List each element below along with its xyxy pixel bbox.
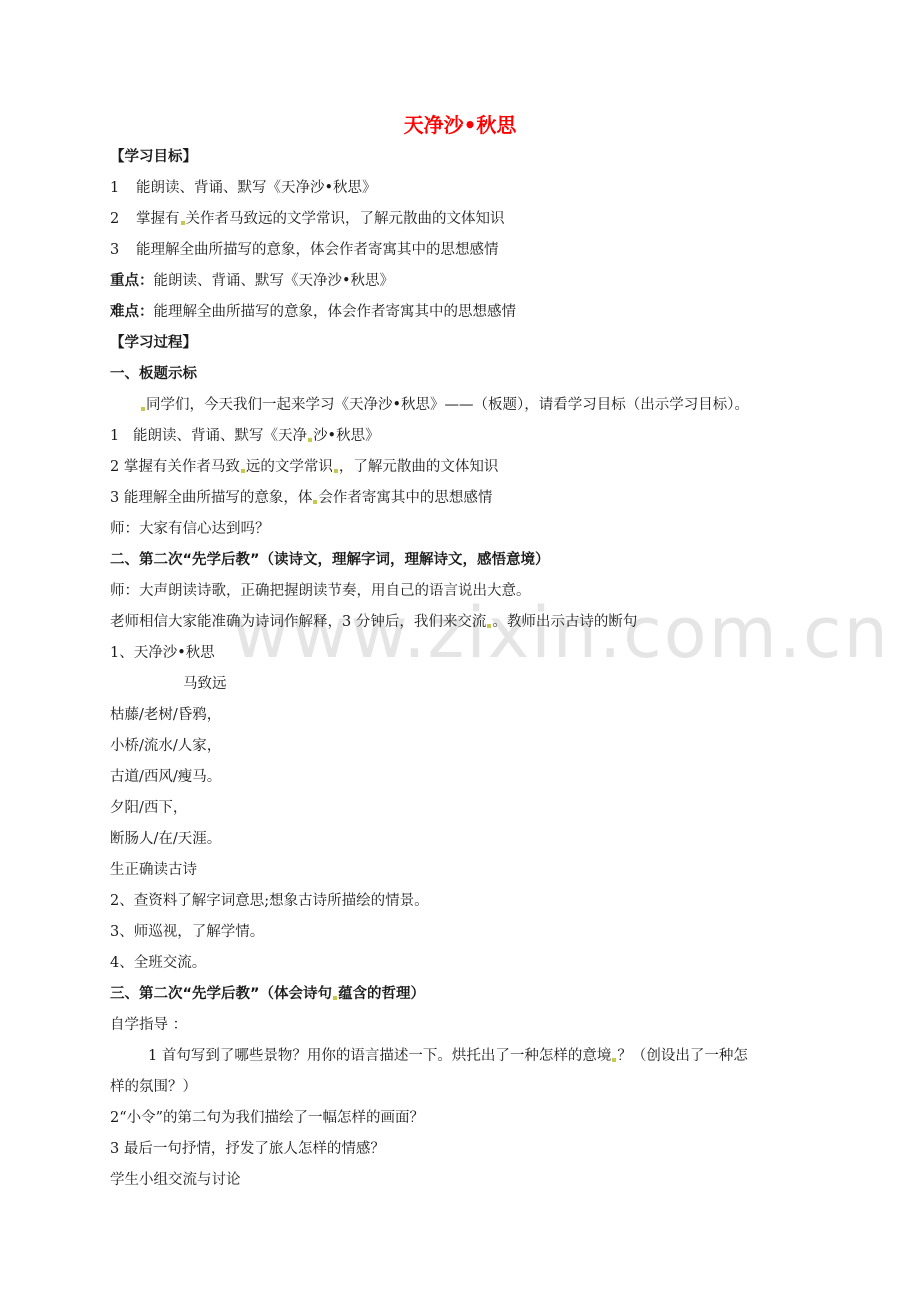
- section-1-item-3: 3 能理解全曲所描写的意象，体会作者寄寓其中的思想感情: [110, 488, 492, 508]
- item-text: 2 掌握有关作者马致: [110, 459, 240, 475]
- objective-3: 3能理解全曲所描写的意象，体会作者寄寓其中的思想感情: [110, 240, 499, 260]
- objective-number: 1: [110, 178, 136, 198]
- poem-line: 夕阳/西下，: [110, 798, 187, 818]
- revision-marker: [241, 469, 245, 473]
- objective-text: 掌握有: [136, 211, 180, 227]
- step-item: 2、查资料了解字词意思;想象古诗所描绘的情景。: [110, 891, 429, 911]
- guide-label: 自学指导 ：: [110, 1015, 187, 1035]
- revision-marker: [334, 469, 338, 473]
- revision-marker: [313, 500, 317, 504]
- revision-marker: [181, 221, 185, 225]
- section-1-item-2: 2 掌握有关作者马致远的文学常识，了解元散曲的文体知识: [110, 457, 498, 477]
- objective-2: 2掌握有关作者马致远的文学常识，了解元散曲的文体知识: [110, 209, 505, 229]
- difficulty-label: 难点：: [110, 304, 154, 320]
- question-1: 1 首句写到了哪些景物？用你的语言描述一下。烘托出了一种怎样的意境？（创设出了一…: [148, 1046, 748, 1066]
- revision-marker: [141, 407, 145, 411]
- item-text: 1 能朗读、背诵、默写《天净: [110, 428, 307, 444]
- revision-marker: [333, 996, 337, 1000]
- question-text: 1 首句写到了哪些景物？用你的语言描述一下。烘托出了一种怎样的意境: [148, 1048, 611, 1064]
- objective-number: 3: [110, 240, 136, 260]
- intro-text: 同学们，今天我们一起来学习《天净沙•秋思》——（板题），请看学习目标（出示学习目…: [146, 397, 749, 413]
- question-3: 3 最后一句抒情，抒发了旅人怎样的情感？: [110, 1139, 385, 1159]
- poem-line: 断肠人/在/天涯。: [110, 829, 221, 849]
- section-1-item-1: 1 能朗读、背诵、默写《天净沙•秋思》: [110, 426, 380, 446]
- key-point-text: 能朗读、背诵、默写《天净沙•秋思》: [154, 273, 395, 289]
- question-1-continued: 样的氛围？）: [110, 1077, 197, 1097]
- document-page: www.zixin.com.cn 天净沙•秋思 【学习目标】 1能朗读、背诵、默…: [0, 0, 920, 1302]
- group-discussion: 学生小组交流与讨论: [110, 1170, 241, 1190]
- item-text: 沙•秋思》: [313, 428, 380, 444]
- objective-text: 能理解全曲所描写的意象，体会作者寄寓其中的思想感情: [136, 242, 499, 258]
- key-point-label: 重点：: [110, 273, 154, 289]
- item-text: ，了解元散曲的文体知识: [339, 459, 499, 475]
- objective-number: 2: [110, 209, 136, 229]
- note-text: 老师相信大家能准确为诗词作解释，3 分钟后，我们来交流: [110, 614, 486, 630]
- section-1-intro: 同学们，今天我们一起来学习《天净沙•秋思》——（板题），请看学习目标（出示学习目…: [140, 395, 749, 415]
- teacher-note: 老师相信大家能准确为诗词作解释，3 分钟后，我们来交流。教师出示古诗的断句: [110, 612, 637, 632]
- difficulty: 难点：能理解全曲所描写的意象，体会作者寄寓其中的思想感情: [110, 302, 516, 322]
- objective-text: 能朗读、背诵、默写《天净沙•秋思》: [136, 180, 377, 196]
- step-item: 4、全班交流。: [110, 953, 206, 973]
- item-text: 3 能理解全曲所描写的意象，体: [110, 490, 312, 506]
- poem-line: 古道/西风/瘦马。: [110, 767, 221, 787]
- item-text: 远的文学常识: [246, 459, 333, 475]
- heading-text: 蕴含的哲理）: [338, 986, 425, 1002]
- note-text: 。教师出示古诗的断句: [492, 614, 637, 630]
- question-text: ？（创设出了一种怎: [617, 1048, 748, 1064]
- process-heading: 【学习过程】: [110, 333, 197, 353]
- key-point: 重点：能朗读、背诵、默写《天净沙•秋思》: [110, 271, 394, 291]
- poem-author: 马致远: [183, 674, 227, 694]
- section-1-heading: 一、板题示标: [110, 364, 197, 384]
- poem-title: 1、天净沙•秋思: [110, 643, 215, 663]
- objective-1: 1能朗读、背诵、默写《天净沙•秋思》: [110, 178, 377, 198]
- item-text: 会作者寄寓其中的思想感情: [318, 490, 492, 506]
- step-item: 3、师巡视，了解学情。: [110, 922, 264, 942]
- watermark: www.zixin.com.cn: [232, 598, 890, 668]
- question-2: 2“小令”的第二句为我们描绘了一幅怎样的画面？: [110, 1108, 424, 1128]
- section-3-heading: 三、第二次“先学后教”（体会诗句蕴含的哲理）: [110, 984, 425, 1004]
- teacher-instruction: 师：大声朗读诗歌，正确把握朗读节奏，用自己的语言说出大意。: [110, 581, 531, 601]
- poem-line: 枯藤/老树/昏鸦，: [110, 705, 221, 725]
- document-title: 天净沙•秋思: [0, 112, 920, 138]
- teacher-question: 师：大家有信心达到吗？: [110, 519, 270, 539]
- objective-text: 关作者马致远的文学常识，了解元散曲的文体知识: [186, 211, 505, 227]
- section-2-heading: 二、第二次“先学后教”（读诗文，理解字词，理解诗文，感悟意境）: [110, 550, 550, 570]
- poem-line: 小桥/流水/人家，: [110, 736, 221, 756]
- revision-marker: [612, 1058, 616, 1062]
- difficulty-text: 能理解全曲所描写的意象，体会作者寄寓其中的思想感情: [154, 304, 517, 320]
- revision-marker: [487, 624, 491, 628]
- objectives-heading: 【学习目标】: [110, 147, 197, 167]
- student-read: 生正确读古诗: [110, 860, 197, 880]
- revision-marker: [308, 438, 312, 442]
- heading-text: 三、第二次“先学后教”（体会诗句: [110, 986, 332, 1002]
